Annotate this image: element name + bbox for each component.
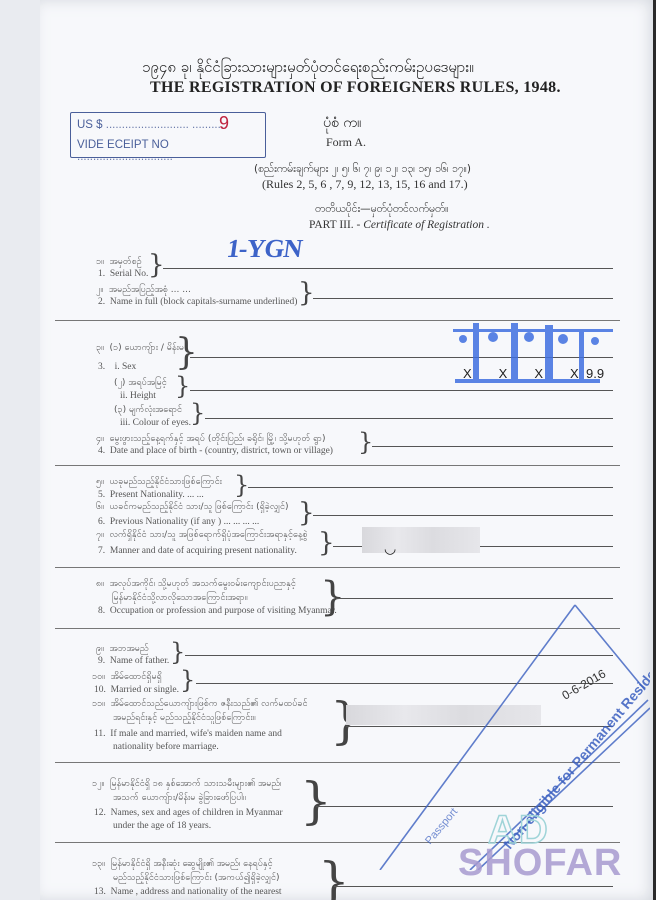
field-3-eyes-label-my: (၃) မျက်လုံးအရောင် — [114, 404, 182, 417]
redacted-area — [362, 527, 480, 553]
field-13-input-line[interactable] — [334, 886, 613, 887]
field-3-eyes-input-line[interactable] — [205, 418, 613, 419]
field-10-label-my: ၁၀။ အိမ်ထောင်ရှိမရှိ — [92, 671, 162, 684]
part-title: Certificate of Registration . — [363, 219, 490, 231]
field-7-label-my: ၇။ လက်ရှိနိုင်ငံ သား/သူ အဖြစ်ရောက်ရှိပုံ… — [96, 529, 308, 542]
field-2-label-my: ၂။ အမည်အပြည့်အစုံ ... ... — [96, 284, 191, 297]
field-3-label-en: 3. i. Sex — [98, 362, 136, 372]
field-6-label-en: 6. Previous Nationality (if any ) ... ..… — [98, 517, 259, 527]
receipt-label: VIDE ECEIPT NO — [77, 139, 169, 151]
field-8-label-my-2: မြန်မာနိုင်ငံသို့လာလိုသောအကြောင်းအရာ။ — [112, 592, 247, 605]
brace: } — [298, 280, 315, 306]
field-11-label-en-2: nationality before marriage. — [113, 742, 219, 752]
field-5-input-line[interactable] — [248, 487, 613, 488]
part-prefix: PART III. - — [309, 219, 363, 231]
field-3-height-label-my: (၂) အရပ်အမြင့် — [114, 377, 167, 390]
field-8-label-en: 8. Occupation or profession and purpose … — [98, 606, 337, 616]
field-12-label-en-2: under the age of 18 years. — [113, 821, 211, 831]
section-divider — [55, 567, 620, 568]
field-3-label-my: ၃။ (၁) ယောကျ်ား / မိန်းမ — [96, 342, 184, 355]
field-6-input-line[interactable] — [313, 515, 613, 516]
field-8-input-line[interactable] — [336, 598, 613, 599]
field-3-height-label-en: ii. Height — [120, 391, 156, 401]
field-9-label-my: ၉။ အဘအမည် — [96, 643, 149, 656]
brace: } — [234, 473, 249, 497]
fee-amount-label: US $ — [77, 119, 103, 131]
field-1-input-line[interactable] — [163, 268, 613, 269]
part-english: PART III. - Certificate of Registration … — [309, 219, 490, 231]
field-11-label-en: 11. If male and married, wife's maiden n… — [94, 729, 282, 739]
field-1-label-my: ၁။ အမှတ်စဉ် — [96, 256, 142, 269]
field-4-input-line[interactable] — [372, 446, 613, 447]
section-divider — [55, 465, 620, 466]
watermark-shofar: SHOFAR — [458, 842, 622, 885]
receipt-dots: .............................. — [77, 151, 173, 163]
field-4-label-en: 4. Date and place of birth - (country, d… — [98, 446, 333, 456]
field-2-input-line[interactable] — [313, 298, 613, 299]
field-5-label-en: 5. Present Nationality. ... ... — [98, 490, 204, 500]
receipt-line: VIDE ECEIPT NO .........................… — [77, 139, 265, 163]
brace: } — [358, 430, 373, 454]
form-label-myanmar: ပုံစံ က။ — [323, 113, 361, 134]
field-13-label-my: ၁၃။ မြန်မာနိုင်ငံရှိ အနီးဆုံး ဆွေမျိုး၏ … — [92, 858, 273, 871]
brace: } — [318, 530, 335, 556]
brace: } — [298, 500, 315, 526]
handwritten-marks: XXXX — [463, 366, 606, 381]
title-myanmar: ၁၉၄၈ ခု၊ နိုင်ငံခြားသားများမှတ်ပုံတင်ရေး… — [142, 58, 474, 80]
field-5-label-my: ၅။ ယခုမည်သည့်နိုင်ငံသားဖြစ်ကြောင်း — [96, 476, 222, 489]
field-4-label-my: ၄။ မွေးဖွားသည့်နေ့ရက်နှင့် အရပ် (တိုင်းပ… — [96, 433, 326, 446]
fee-amount-line: US $ .......................... ........… — [77, 119, 227, 131]
brace: } — [180, 668, 195, 692]
field-8-label-my: ၈။ အလုပ်အကိုင်၊ သို့မဟုတ် အသက်မွေးဝမ်းကျ… — [96, 578, 296, 591]
field-6-label-my: ၆။ ယခင်ကမည်သည့်နိုင်ငံ သား/သူ ဖြစ်ကြောင်… — [96, 501, 289, 514]
handwritten-height-value: 9.9 — [586, 366, 604, 381]
serial-number-stamp: 1-YGN — [225, 234, 304, 264]
field-3-eyes-label-en: iii. Colour of eyes. — [120, 418, 191, 428]
svg-text:0-6-2016: 0-6-2016 — [560, 666, 609, 702]
rules-myanmar: (စည်းကမ်းချက်များ ၂၊ ၅၊ ၆၊ ၇၊ ၉၊ ၁၂၊ ၁၃၊… — [254, 163, 471, 178]
brace: } — [320, 577, 345, 617]
field-2-label-en: 2. Name in full (block capitals-surname … — [98, 297, 297, 307]
field-13-label-en: 13. Name , address and nationality of th… — [94, 887, 282, 897]
field-11-label-my: ၁၁။ အိမ်ထောင်သည်ယောကျ်ားဖြစ်က ဇနီးသည်၏ လ… — [92, 698, 307, 711]
field-13-label-my-2: မည်သည့်နိုင်ငံသားဖြစ်ကြောင်း (အကယ်၍ရှိခဲ… — [113, 872, 280, 885]
title-english: THE REGISTRATION OF FOREIGNERS RULES, 19… — [150, 79, 561, 97]
field-11-label-my-2: အမည်ရင်းနှင့် မည်သည့်နိုင်ငံသူဖြစ်ကြောင်… — [113, 712, 255, 725]
field-3-height-input-line[interactable] — [190, 390, 613, 391]
field-12-label-my: ၁၂။ မြန်မာနိုင်ငံရှိ ၁၈ နှစ်အောက် သားသမီ… — [92, 778, 281, 791]
fee-amount-dots: .......................... ........... — [106, 119, 227, 131]
field-12-label-my-2: အသက် ယောကျ်ား/မိန်းမ ခွဲခြားဖော်ပြပါ။ — [113, 792, 246, 805]
fee-stamp-box: US $ .......................... ........… — [70, 112, 266, 158]
field-7-label-en: 7. Manner and date of acquiring present … — [98, 546, 297, 556]
field-12-label-en: 12. Names, sex and ages of children in M… — [94, 808, 283, 818]
brace: } — [190, 401, 205, 425]
svg-text:Passport: Passport — [423, 806, 460, 847]
fee-amount-value: 9 — [219, 113, 229, 134]
brace: } — [318, 856, 350, 900]
brace: } — [175, 335, 198, 371]
brace: } — [175, 374, 190, 398]
field-10-label-en: 10. Married or single. — [94, 685, 179, 695]
brace: } — [148, 252, 165, 278]
brace: } — [300, 776, 332, 826]
field-9-label-en: 9. Name of father. — [98, 656, 169, 666]
rules-english: (Rules 2, 5, 6 , 7, 9, 12, 13, 15, 16 an… — [262, 177, 468, 192]
section-divider — [55, 320, 620, 321]
field-1-label-en: 1. Serial No. — [98, 269, 148, 279]
part-myanmar: တတိယပိုင်း—မှတ်ပုံတင်လက်မှတ်။ — [315, 203, 448, 218]
brace: } — [170, 640, 185, 664]
handwritten-mark: ◡ — [384, 540, 396, 557]
form-label-english: Form A. — [326, 135, 366, 150]
